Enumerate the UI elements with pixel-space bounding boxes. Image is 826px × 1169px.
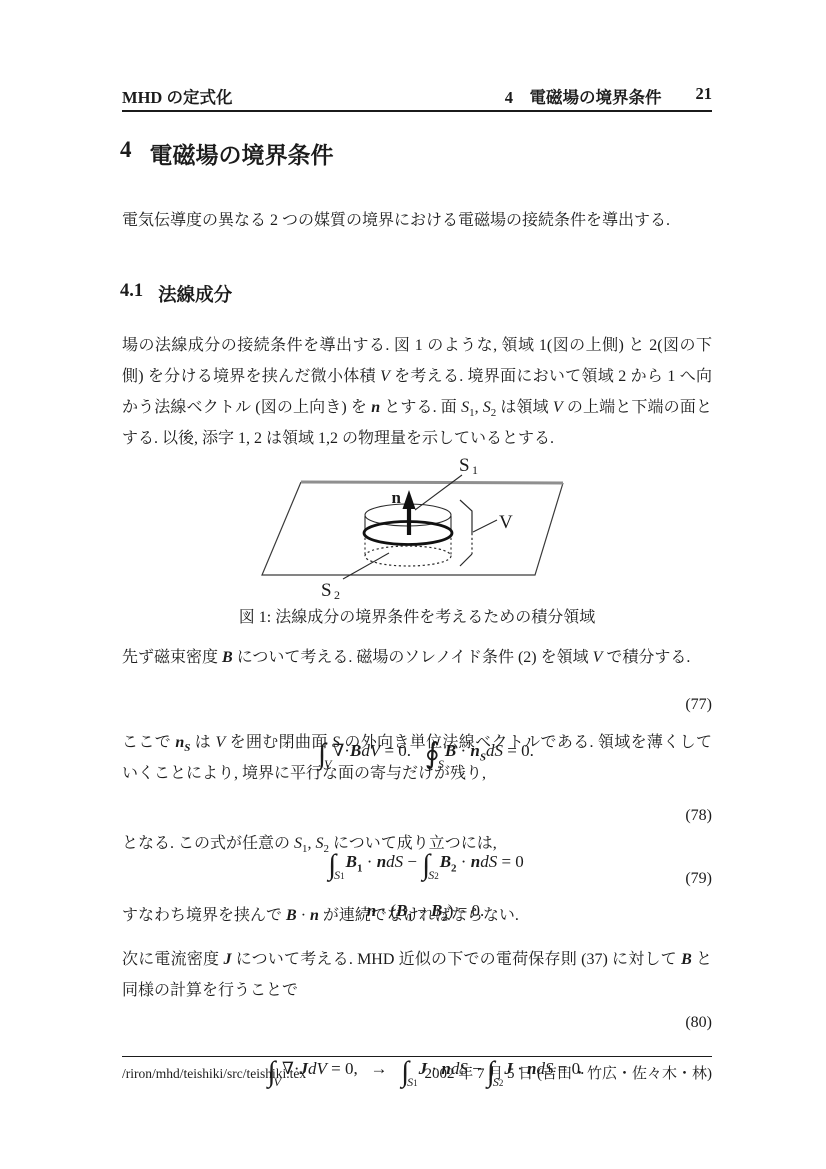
paragraph-normal-component: 場の法線成分の接続条件を導出する. 図 1 のような, 領域 1(図の上側) と… xyxy=(122,330,712,454)
section-title-text: 電磁場の境界条件 xyxy=(150,137,334,170)
header-section-title: 4 電磁場の境界条件 xyxy=(505,84,662,108)
label-n: n xyxy=(392,488,402,507)
section-number: 4 xyxy=(120,137,132,170)
label-v: V xyxy=(499,512,513,533)
label-s1: S xyxy=(459,455,470,476)
figure-caption: 図 1: 法線成分の境界条件を考えるための積分領域 xyxy=(122,604,712,627)
subsection-number: 4.1 xyxy=(120,281,143,307)
leader-s1 xyxy=(415,475,462,510)
paragraph-outward-normal: ここで nS は V を囲む閉曲面 S の外向き単位法線ベクトルである. 領域を… xyxy=(122,727,712,789)
plane-top-edge xyxy=(301,482,563,483)
figure-integration-region: n S 1 V S 2 xyxy=(243,443,583,603)
equation-77-number: (77) xyxy=(685,682,712,728)
leader-v xyxy=(473,520,497,532)
label-s2-sub: 2 xyxy=(334,588,340,602)
equation-79-number: (79) xyxy=(685,863,712,895)
subsection-title-text: 法線成分 xyxy=(158,281,232,307)
footer-rule xyxy=(122,1056,712,1057)
page-header: MHD の定式化 4 電磁場の境界条件 21 xyxy=(122,84,712,108)
label-s2: S xyxy=(321,580,332,601)
section-heading: 4 電磁場の境界条件 xyxy=(120,137,334,170)
surface-s2-ellipse xyxy=(365,546,451,566)
header-rule xyxy=(122,110,712,112)
bracket-top xyxy=(460,500,472,533)
bracket-bottom xyxy=(460,554,472,566)
paragraph-flux-density: 先ず磁束密度 B について考える. 磁場のソレノイド条件 (2) を領域 V で… xyxy=(122,647,712,669)
header-left-title: MHD の定式化 xyxy=(122,84,232,108)
paragraph-current-density: 次に電流密度 J について考える. MHD 近似の下での電荷保存則 (37) に… xyxy=(122,944,712,1006)
equation-79: n · (B1 − B2) = 0. (79) xyxy=(122,863,712,895)
normal-arrow-head xyxy=(403,490,416,509)
equation-80-number: (80) xyxy=(685,1000,712,1046)
header-page-number: 21 xyxy=(696,84,713,108)
paragraph-continuity: すなわち境界を挟んで B · n が連続でなければならない. xyxy=(122,905,712,927)
equation-77: ∫V∇·BdV = 0. ∮SB · nSdS = 0. (77) xyxy=(122,682,712,728)
footer-file-path: /riron/mhd/teishiki/src/teishiki.tex xyxy=(122,1066,306,1082)
equation-80: ∫V∇·JdV = 0, → ∫S1J · ndS − ∫S2J · ndS =… xyxy=(122,1000,712,1046)
label-s1-sub: 1 xyxy=(472,463,478,477)
page-footer: /riron/mhd/teishiki/src/teishiki.tex 200… xyxy=(122,1062,712,1083)
paragraph-arbitrary-surfaces: となる. この式が任意の S1, S2 について成り立つには, xyxy=(122,833,712,855)
document-page: MHD の定式化 4 電磁場の境界条件 21 4 電磁場の境界条件 電気伝導度の… xyxy=(0,0,826,1169)
intro-paragraph: 電気伝導度の異なる 2 つの媒質の境界における電磁場の接続条件を導出する. xyxy=(122,210,712,232)
plane-outline xyxy=(262,482,563,575)
subsection-heading: 4.1 法線成分 xyxy=(120,281,232,307)
footer-date-authors: 2002 年 7 月 5 日 (吉田・竹広・佐々木・林) xyxy=(425,1062,713,1083)
header-right: 4 電磁場の境界条件 21 xyxy=(505,84,712,108)
